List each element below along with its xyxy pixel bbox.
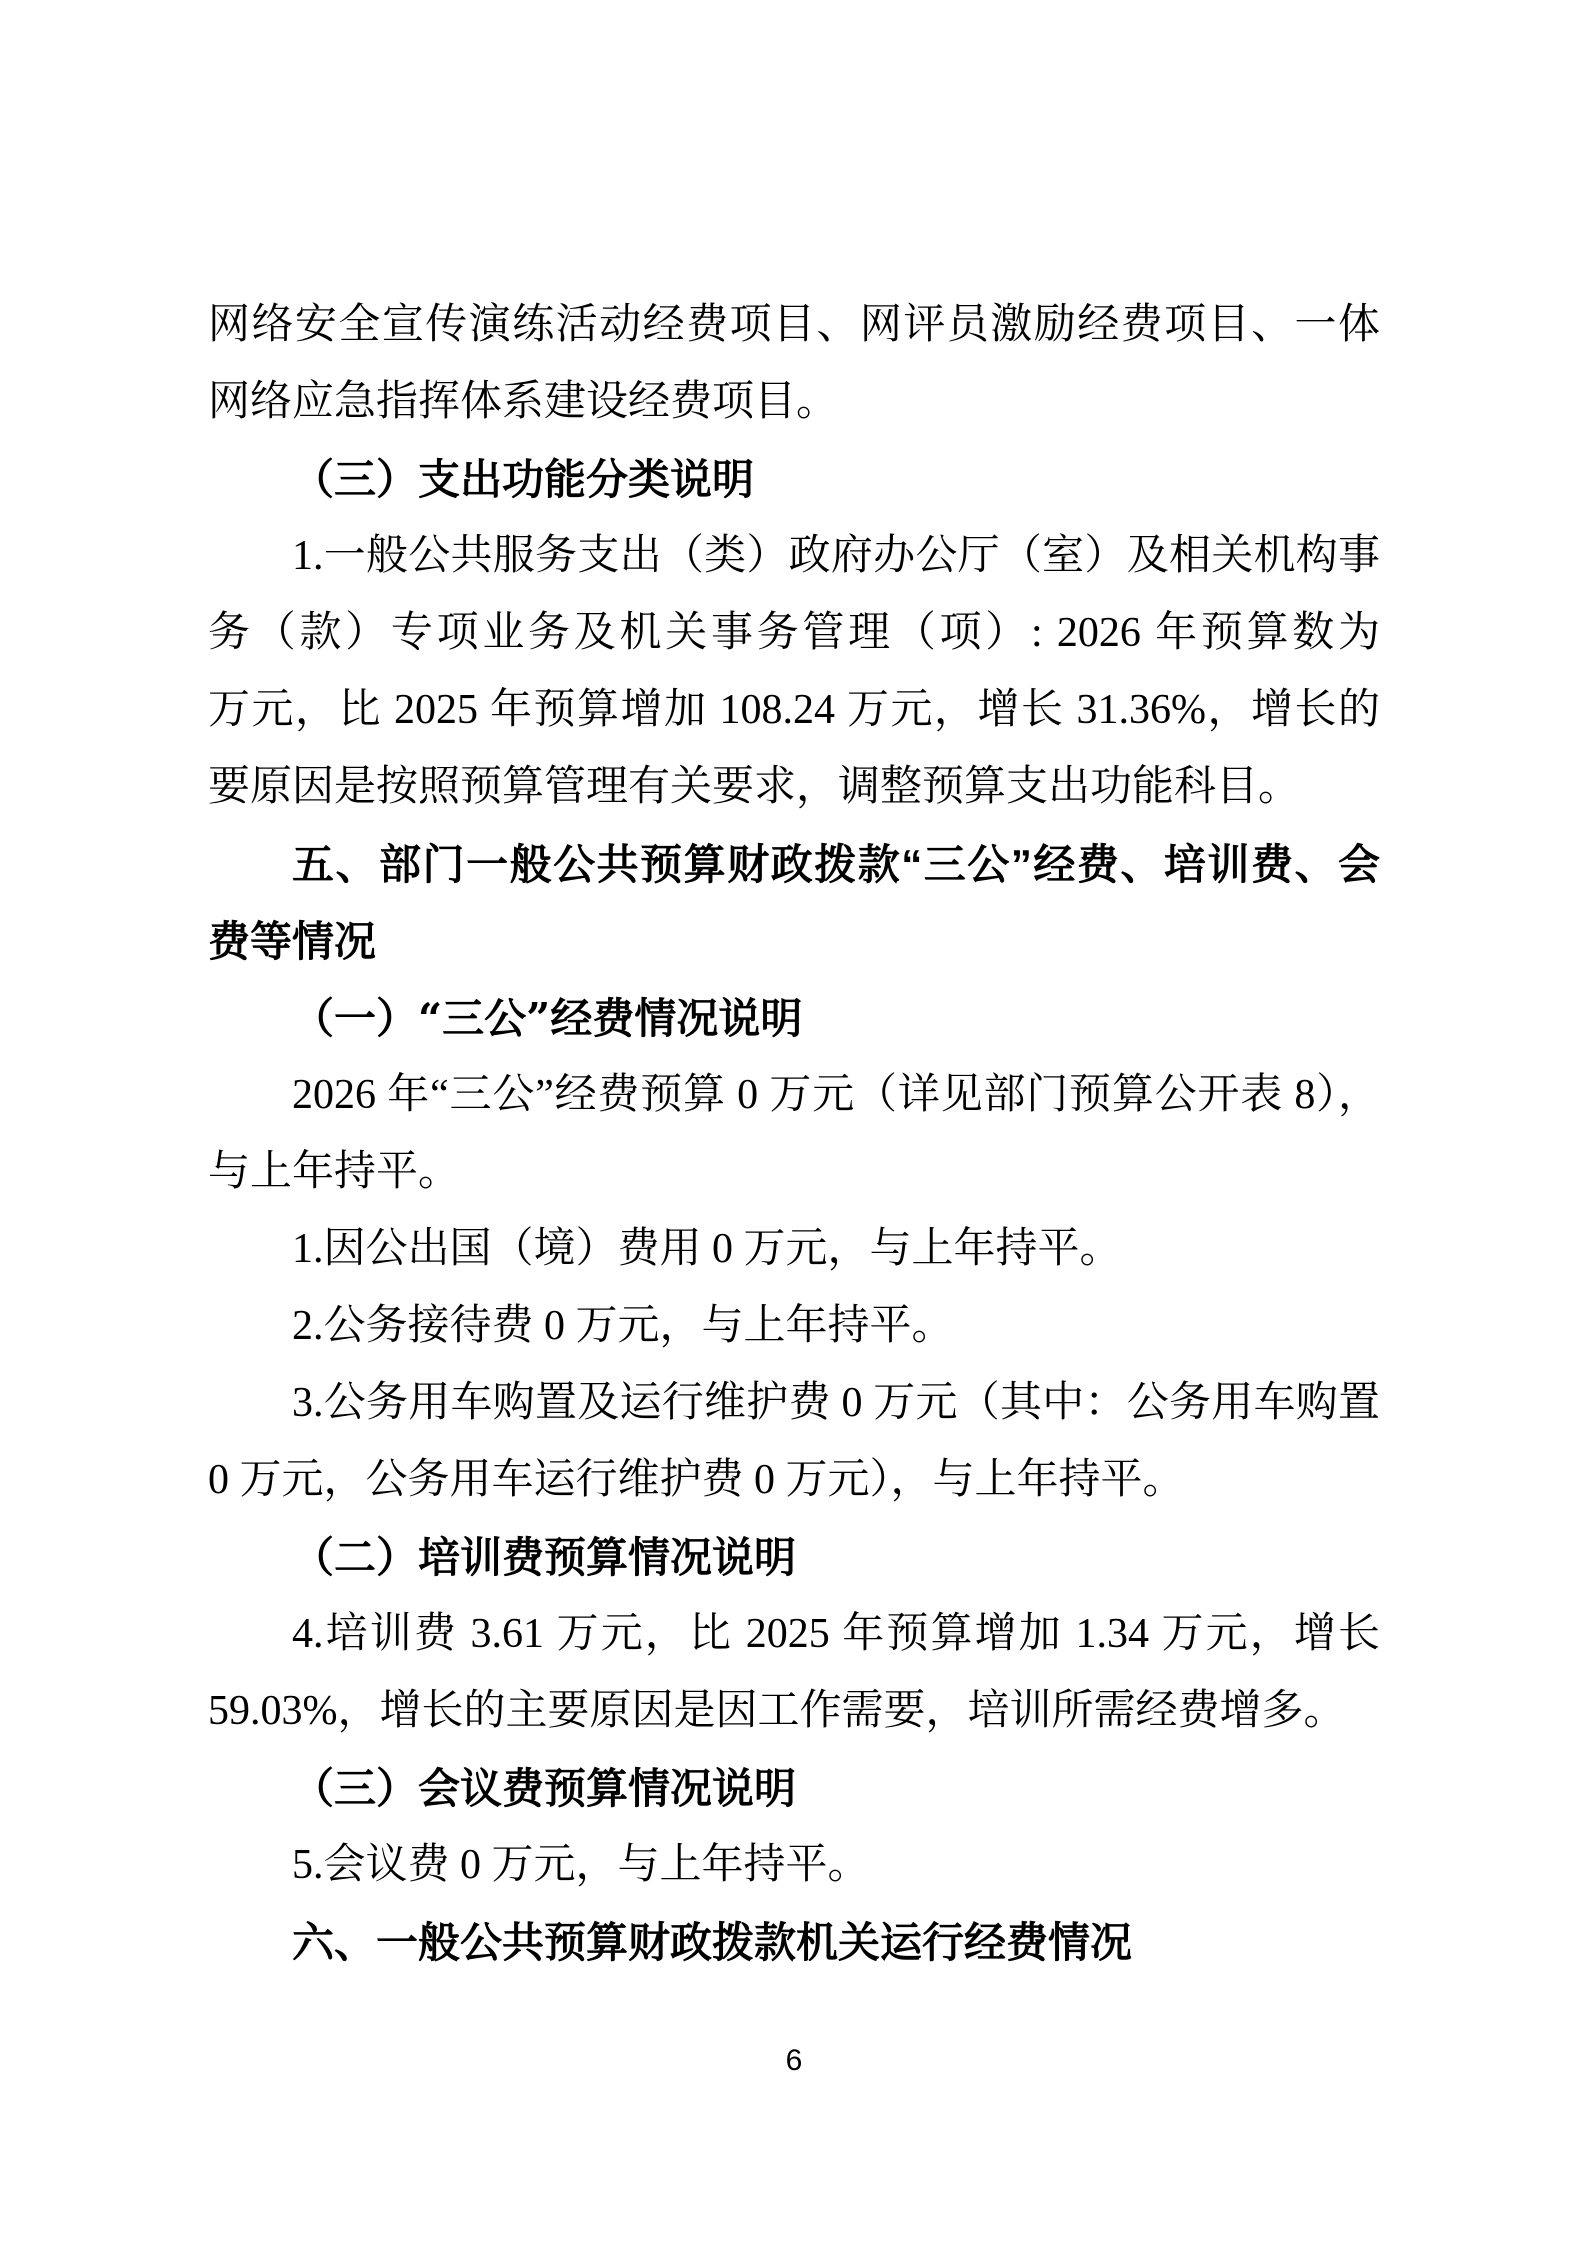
body-text-line: 与上年持平。	[208, 1134, 1380, 1211]
sub-heading-line: （二）培训费预算情况说明	[208, 1519, 1380, 1596]
document-body: 网络安全宣传演练活动经费项目、网评员激励经费项目、一体化网络应急指挥体系建设经费…	[208, 287, 1380, 1981]
sub-heading-line: （一）“三公”经费情况说明	[208, 980, 1380, 1057]
body-text-line: 要原因是按照预算管理有关要求，调整预算支出功能科目。	[208, 749, 1380, 826]
body-text-line: 2026 年“三公”经费预算 0 万元（详见部门预算公开表 8），	[208, 1057, 1380, 1134]
section-heading-line: 六、一般公共预算财政拨款机关运行经费情况	[208, 1904, 1380, 1981]
sub-heading-line: （三）支出功能分类说明	[208, 441, 1380, 518]
body-text-line: 万元，比 2025 年预算增加 108.24 万元，增长 31.36%，增长的主	[208, 672, 1380, 749]
body-text-line: 3.公务用车购置及运行维护费 0 万元（其中：公务用车购置	[208, 1365, 1380, 1442]
body-text-line: 务（款）专项业务及机关事务管理（项）: 2026 年预算数为 453.35	[208, 595, 1380, 672]
body-text-line: 网络应急指挥体系建设经费项目。	[208, 364, 1380, 441]
body-text-line: 5.会议费 0 万元，与上年持平。	[208, 1827, 1380, 1904]
body-text-line: 4.培训费 3.61 万元，比 2025 年预算增加 1.34 万元，增长	[208, 1596, 1380, 1673]
document-page: 网络安全宣传演练活动经费项目、网评员激励经费项目、一体化网络应急指挥体系建设经费…	[0, 0, 1588, 2245]
body-text-line: 网络安全宣传演练活动经费项目、网评员激励经费项目、一体化	[208, 287, 1380, 364]
page-number: 6	[0, 2044, 1588, 2078]
section-heading-line: 五、部门一般公共预算财政拨款“三公”经费、培训费、会议	[208, 826, 1380, 903]
section-heading-line: 费等情况	[208, 903, 1380, 980]
body-text-line: 2.公务接待费 0 万元，与上年持平。	[208, 1288, 1380, 1365]
sub-heading-line: （三）会议费预算情况说明	[208, 1750, 1380, 1827]
body-text-line: 1.因公出国（境）费用 0 万元，与上年持平。	[208, 1211, 1380, 1288]
body-text-line: 0 万元，公务用车运行维护费 0 万元），与上年持平。	[208, 1442, 1380, 1519]
body-text-line: 59.03%，增长的主要原因是因工作需要，培训所需经费增多。	[208, 1673, 1380, 1750]
body-text-line: 1.一般公共服务支出（类）政府办公厅（室）及相关机构事	[208, 518, 1380, 595]
